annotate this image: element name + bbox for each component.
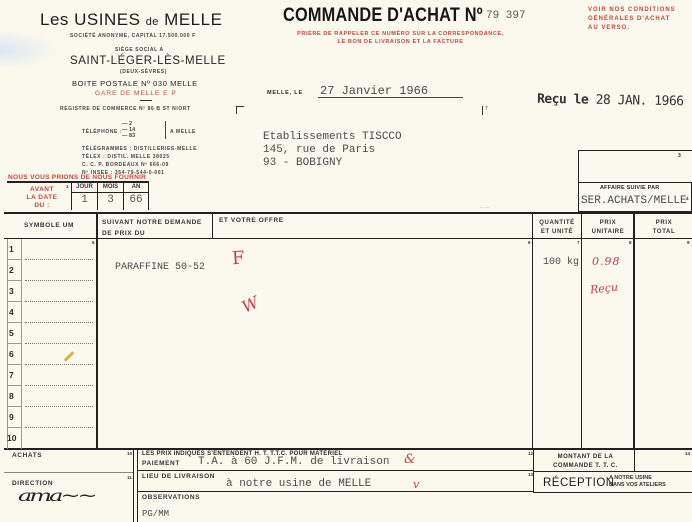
an-value[interactable]: 66: [124, 194, 148, 206]
bracket: [163, 121, 166, 139]
table-bottom-border: [4, 448, 692, 450]
supplier-address[interactable]: Etablissements TISCCO 145, rue de Paris …: [263, 131, 402, 170]
row-number: 9: [9, 412, 23, 422]
divider: [7, 364, 21, 365]
divider: [148, 182, 149, 210]
conditions-note: VOIR NOS CONDITIONS GÉNÉRALES D'ACHAT AU…: [588, 6, 676, 33]
received-stamp: Reçu le 28 JAN. 1966: [537, 92, 684, 110]
page-title: COMMANDE D'ACHAT Nº: [283, 5, 483, 27]
divider: [7, 385, 21, 386]
divider: [7, 181, 149, 183]
rappel-note: PRIÈRE DE RAPPELER CE NUMÉRO SUR LA CORR…: [283, 30, 518, 46]
contact-details: TÉLÉGRAMMES : DISTILLERIES-MELLE TÉLEX :…: [82, 145, 197, 177]
col-header-quantite: QUANTITÉ ET UNITÉ: [534, 219, 580, 237]
divider: [96, 213, 98, 449]
box-number: 7: [482, 106, 490, 115]
reception-label: RÉCEPTION: [543, 477, 615, 489]
divider: [7, 322, 21, 323]
affaire-label: AFFAIRE SUIVIE PAR: [600, 185, 659, 191]
row-dotted-line: [25, 301, 93, 302]
scan-shadow: [0, 30, 60, 70]
divider: [71, 192, 148, 193]
fournir-heading: NOUS VOUS PRIONS DE NOUS FOURNIR: [8, 174, 146, 181]
jour-label: JOUR: [72, 184, 97, 190]
date-value[interactable]: 27 Janvier 1966: [320, 84, 428, 98]
divider: [7, 259, 21, 260]
row-dotted-line: [25, 322, 93, 323]
box-number: 11: [127, 475, 132, 480]
divider: [7, 406, 21, 407]
item-description[interactable]: PARAFFINE 50-52: [115, 262, 205, 273]
telephone-numbers: — 2 — 14 — 83: [122, 121, 135, 139]
divider: [581, 213, 582, 449]
row-number: 3: [9, 286, 23, 296]
col-header-demande: SUIVANT NOTRE DEMANDE DE PRIX DU: [102, 217, 202, 239]
row-dotted-line: [25, 280, 93, 281]
row-dotted-line: [25, 343, 93, 344]
row-dotted-line: [25, 427, 93, 428]
row-number: 1: [9, 244, 23, 254]
box-number: 4: [686, 196, 689, 201]
divider: [633, 213, 635, 449]
company-capital: SOCIÉTÉ ANONYME, CAPITAL 17.500.000 F: [70, 33, 196, 39]
col-number: 5: [92, 240, 95, 245]
handwritten-unit-price: 0.98: [592, 255, 621, 268]
telephone-label: TÉLÉPHONE :: [82, 129, 122, 135]
handwritten-check: &: [404, 452, 416, 467]
date-underline: [318, 97, 463, 98]
mois-value[interactable]: 3: [98, 194, 123, 206]
item-quantity[interactable]: 100 kg: [543, 257, 579, 268]
divider: [133, 449, 134, 522]
divider: [7, 280, 21, 281]
divider: [7, 427, 21, 428]
box-number: 14: [685, 451, 690, 456]
box-number: 1: [66, 184, 69, 189]
box-number: 3: [678, 153, 681, 159]
jour-value[interactable]: 1: [72, 194, 97, 206]
table-top-border: [4, 212, 692, 214]
col-number: 6: [528, 240, 531, 245]
montant-label: MONTANT DE LA COMMANDE T. T. C.: [537, 453, 634, 471]
row-number: 6: [9, 349, 23, 359]
department: (DEUX-SÈVRES): [120, 69, 167, 75]
box-number: 12: [528, 451, 533, 456]
col-number: 7: [577, 240, 580, 245]
divider: [137, 449, 138, 522]
telephone-location: A MELLE: [170, 129, 196, 135]
an-label: AN: [124, 184, 148, 190]
row-dotted-line: [25, 364, 93, 365]
col-number: 9: [687, 240, 690, 245]
siege-city: SAINT-LÉGER-LÈS-MELLE: [70, 55, 226, 67]
divider: [7, 301, 21, 302]
reception-options: A NOTRE USINE DANS VOS ATELIERS: [609, 475, 666, 489]
siege-label: SIÈGE SOCIAL A: [115, 47, 164, 53]
director-signature: ama~~: [18, 486, 95, 505]
row-number: 8: [9, 391, 23, 401]
col-header-offre: ET VOTRE OFFRE: [219, 217, 284, 224]
lieu-livraison-label: LIEU DE LIVRAISON: [142, 473, 215, 480]
handwritten-f: F: [231, 248, 245, 270]
divider: [137, 491, 534, 492]
divider: [137, 470, 534, 471]
boite-postale: BOITE POSTALE Nº 030 MELLE: [72, 79, 198, 88]
observations-value[interactable]: PG/MM: [142, 509, 169, 519]
corner-mark: [236, 106, 244, 114]
row-dotted-line: [25, 406, 93, 407]
divider: [533, 492, 692, 493]
divider: [634, 449, 635, 471]
divider: [4, 472, 133, 473]
divider: [7, 343, 21, 344]
observations-label: OBSERVATIONS: [142, 494, 200, 501]
achats-label: ACHATS: [12, 452, 42, 459]
row-dotted-line: [25, 385, 93, 386]
mois-label: MOIS: [98, 184, 123, 190]
divider: [140, 100, 152, 101]
col-header-prix-total: PRIX TOTAL: [636, 219, 692, 237]
gare: GARE DE MELLE E P: [95, 90, 177, 97]
handwritten-note: Reçu: [589, 281, 618, 297]
company-name: Les USINES de MELLE: [40, 10, 222, 30]
affaire-value[interactable]: SER.ACHATS/MELLE: [581, 195, 687, 207]
row-number: 5: [9, 328, 23, 338]
registre-commerce: REGISTRE DE COMMERCE Nº 86 B ST NIORT: [60, 106, 191, 112]
address-box-frame: [578, 150, 692, 182]
fine-print: ·········: [480, 206, 491, 210]
handwritten-initials: W: [239, 292, 262, 316]
row-number: 4: [9, 307, 23, 317]
pencil-mark: [64, 351, 75, 362]
box-number: 10: [127, 451, 132, 456]
divider: [212, 213, 213, 238]
avant-date-label: AVANT LA DATE DU :: [22, 186, 62, 210]
box-number: 13: [528, 472, 533, 477]
paiement-value[interactable]: T.A. à 60 J.F.M. de livraison: [198, 456, 389, 468]
order-number: 79 397: [486, 10, 526, 22]
row-number: 2: [9, 265, 23, 275]
divider: [532, 213, 533, 449]
paiement-label: PAIEMENT: [142, 460, 180, 467]
row-number: 10: [7, 433, 21, 443]
col-header-prix-unitaire: PRIX UNITAIRE: [583, 219, 633, 237]
col-header-symbole: SYMBOLE UM: [24, 222, 74, 229]
lieu-livraison-value[interactable]: à notre usine de MELLE: [226, 478, 371, 490]
handwritten-check: v: [413, 478, 419, 491]
date-label: MELLE, LE: [267, 90, 303, 96]
row-dotted-line: [25, 259, 93, 260]
divider: [7, 239, 8, 449]
col-number: 8: [629, 240, 632, 245]
divider: [533, 471, 692, 472]
row-number: 7: [9, 370, 23, 380]
